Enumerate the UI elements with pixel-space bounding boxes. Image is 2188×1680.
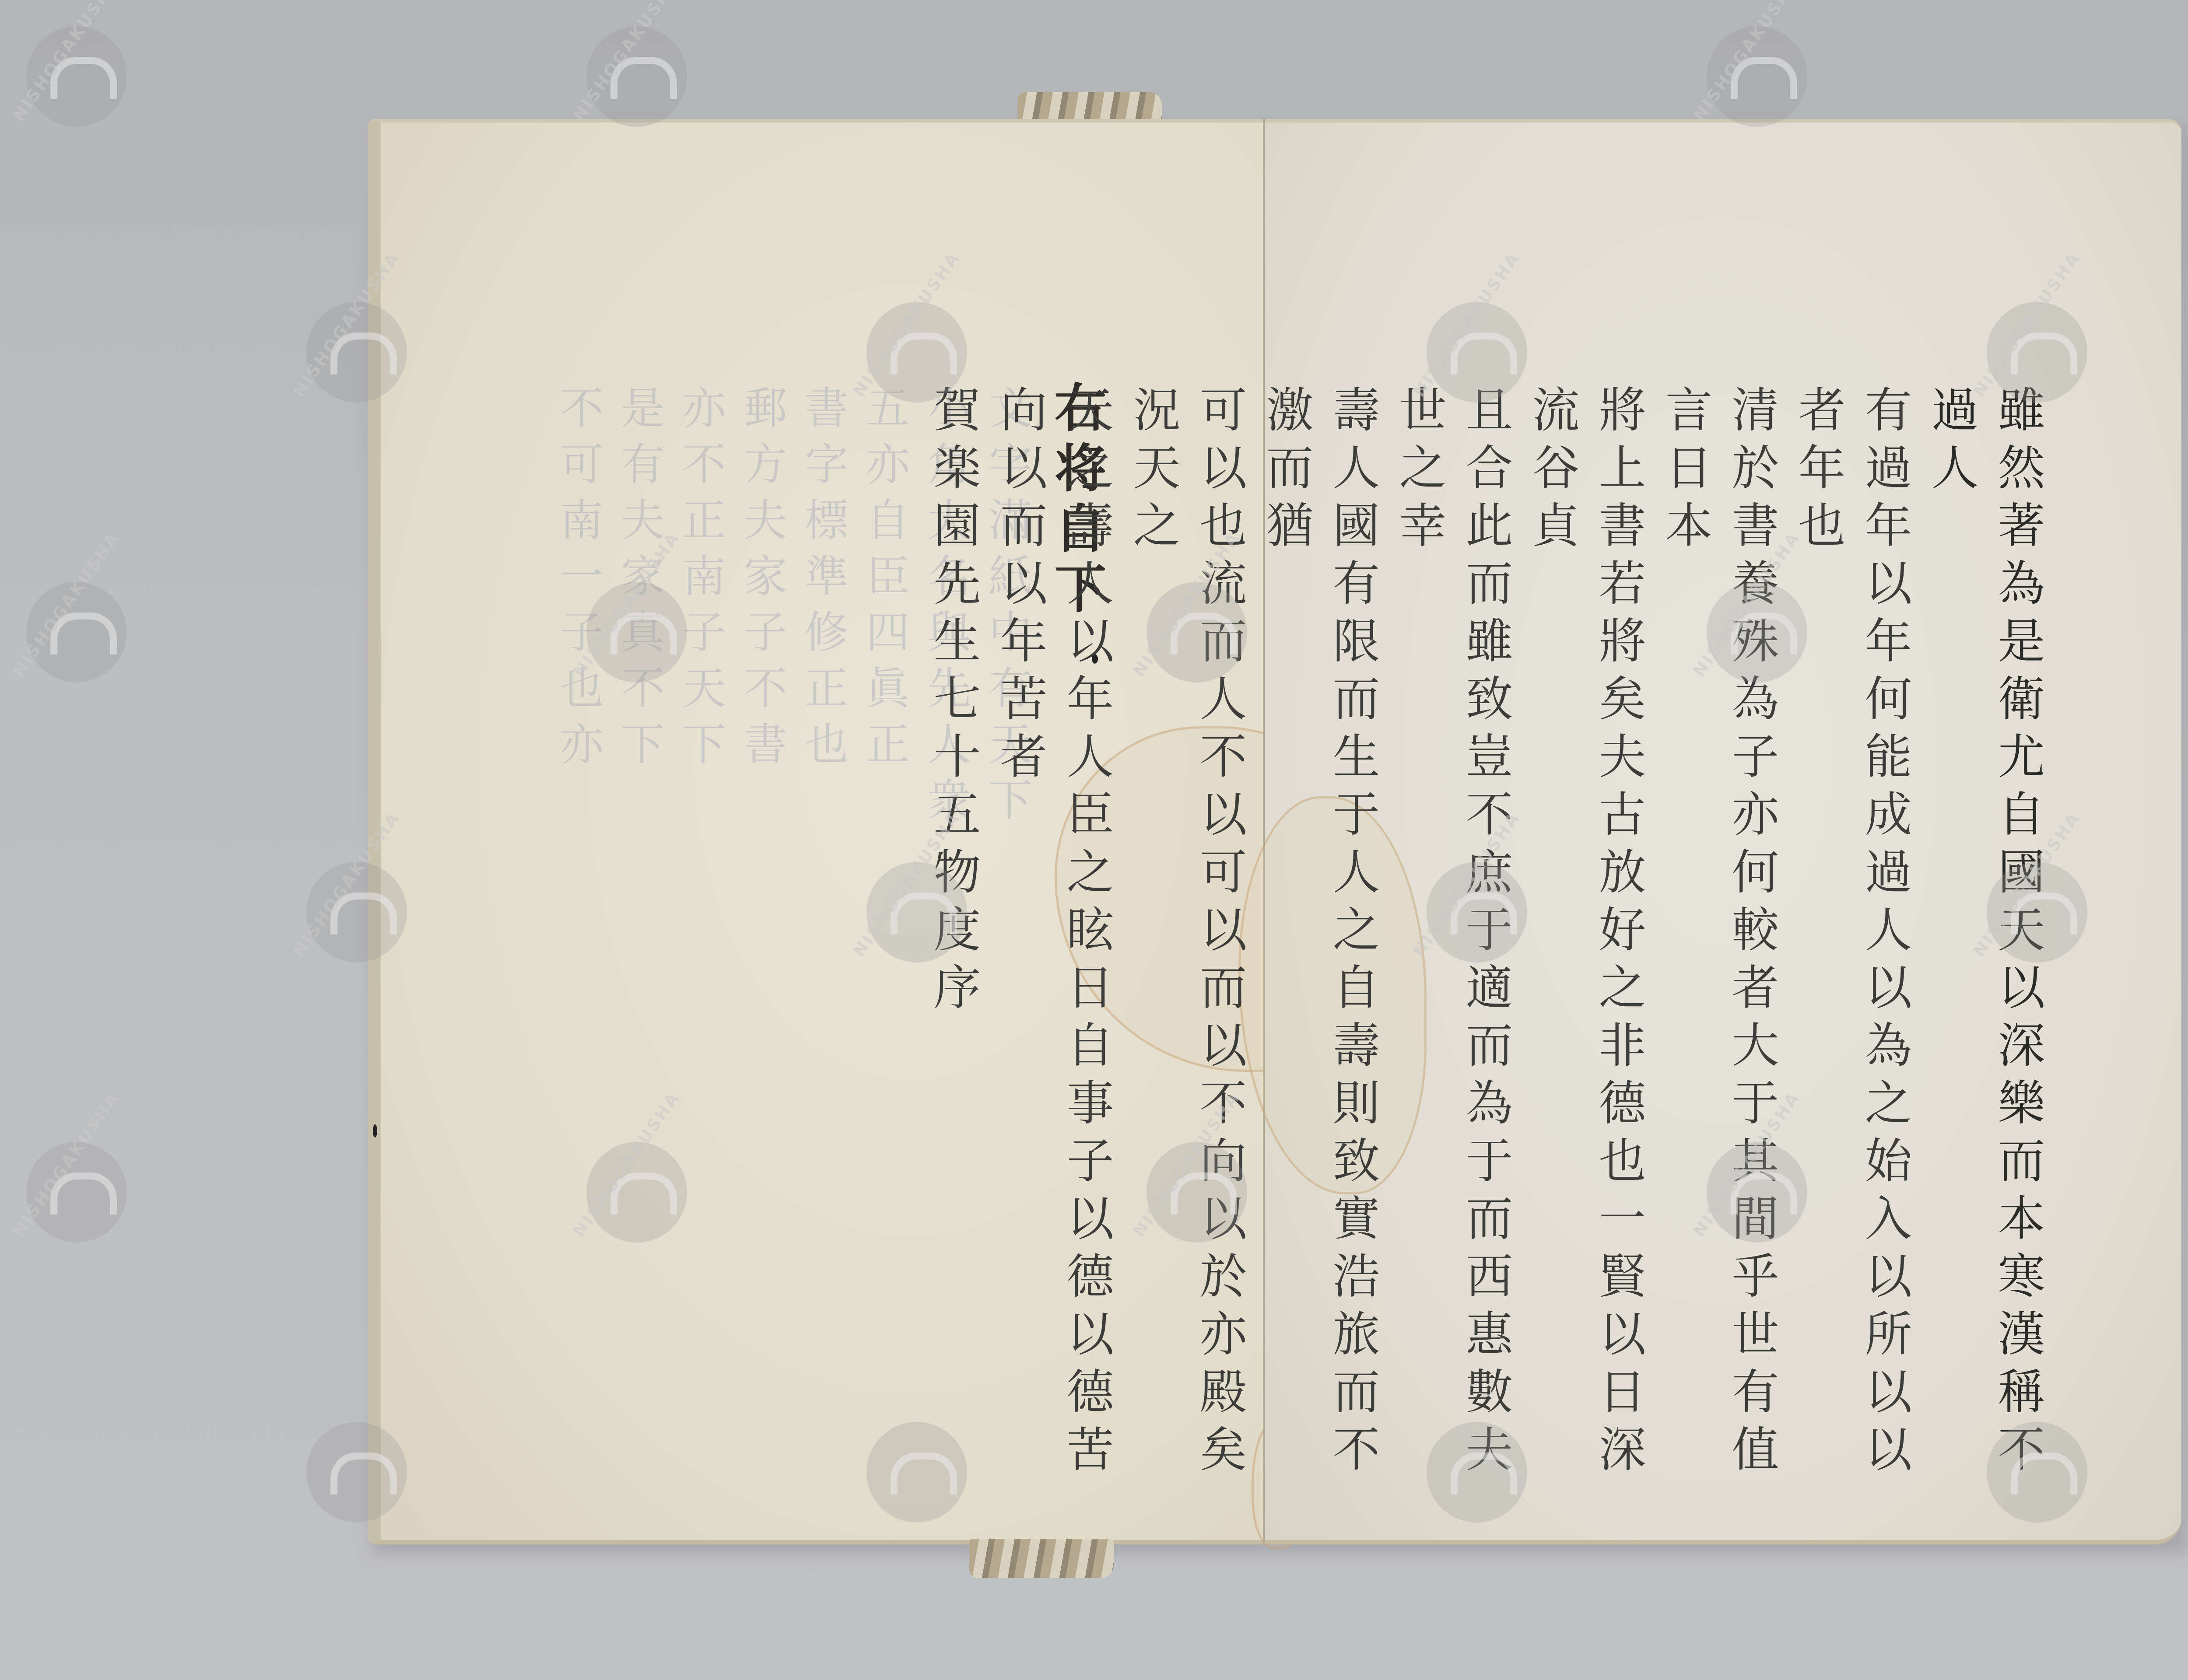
nishogakusha-logo-icon [306, 1422, 407, 1522]
bleed-column: 郵方夫家子不書 [731, 385, 792, 1457]
text-column: 天之壽人以年人臣之眩日自事子以德以德苦向以而以年苦者 [986, 385, 1119, 1501]
text-column: 清於書養殊為子亦何較者大于其間乎世有值言日本 [1651, 385, 1784, 1501]
text-column: 將上書若將矣夫古放好之非德也一賢以日深流谷貞 [1518, 385, 1651, 1501]
bleed-column: 不可南一子也亦 [547, 385, 608, 1457]
nishogakusha-logo-icon [1427, 1422, 1527, 1522]
bleed-column: 書字標準修正也 [792, 385, 853, 1457]
nishogakusha-logo-icon [1987, 1422, 2087, 1522]
text-column: 壽人國有限而生于人之自壽則致實浩旅而不激而猶 [1252, 385, 1385, 1501]
open-book: 文字滿紙中有天下 小角大名與先人衆 五亦自臣四眞正 書字標準修正也 郵方夫家子不… [368, 119, 2181, 1544]
text-column: 有過年以年何能成過人以為之始入以所以以者年也 [1784, 385, 1917, 1501]
binding-tie-bottom [969, 1539, 1114, 1578]
ink-spot [373, 1124, 377, 1137]
nishogakusha-logo-icon [866, 1422, 967, 1522]
